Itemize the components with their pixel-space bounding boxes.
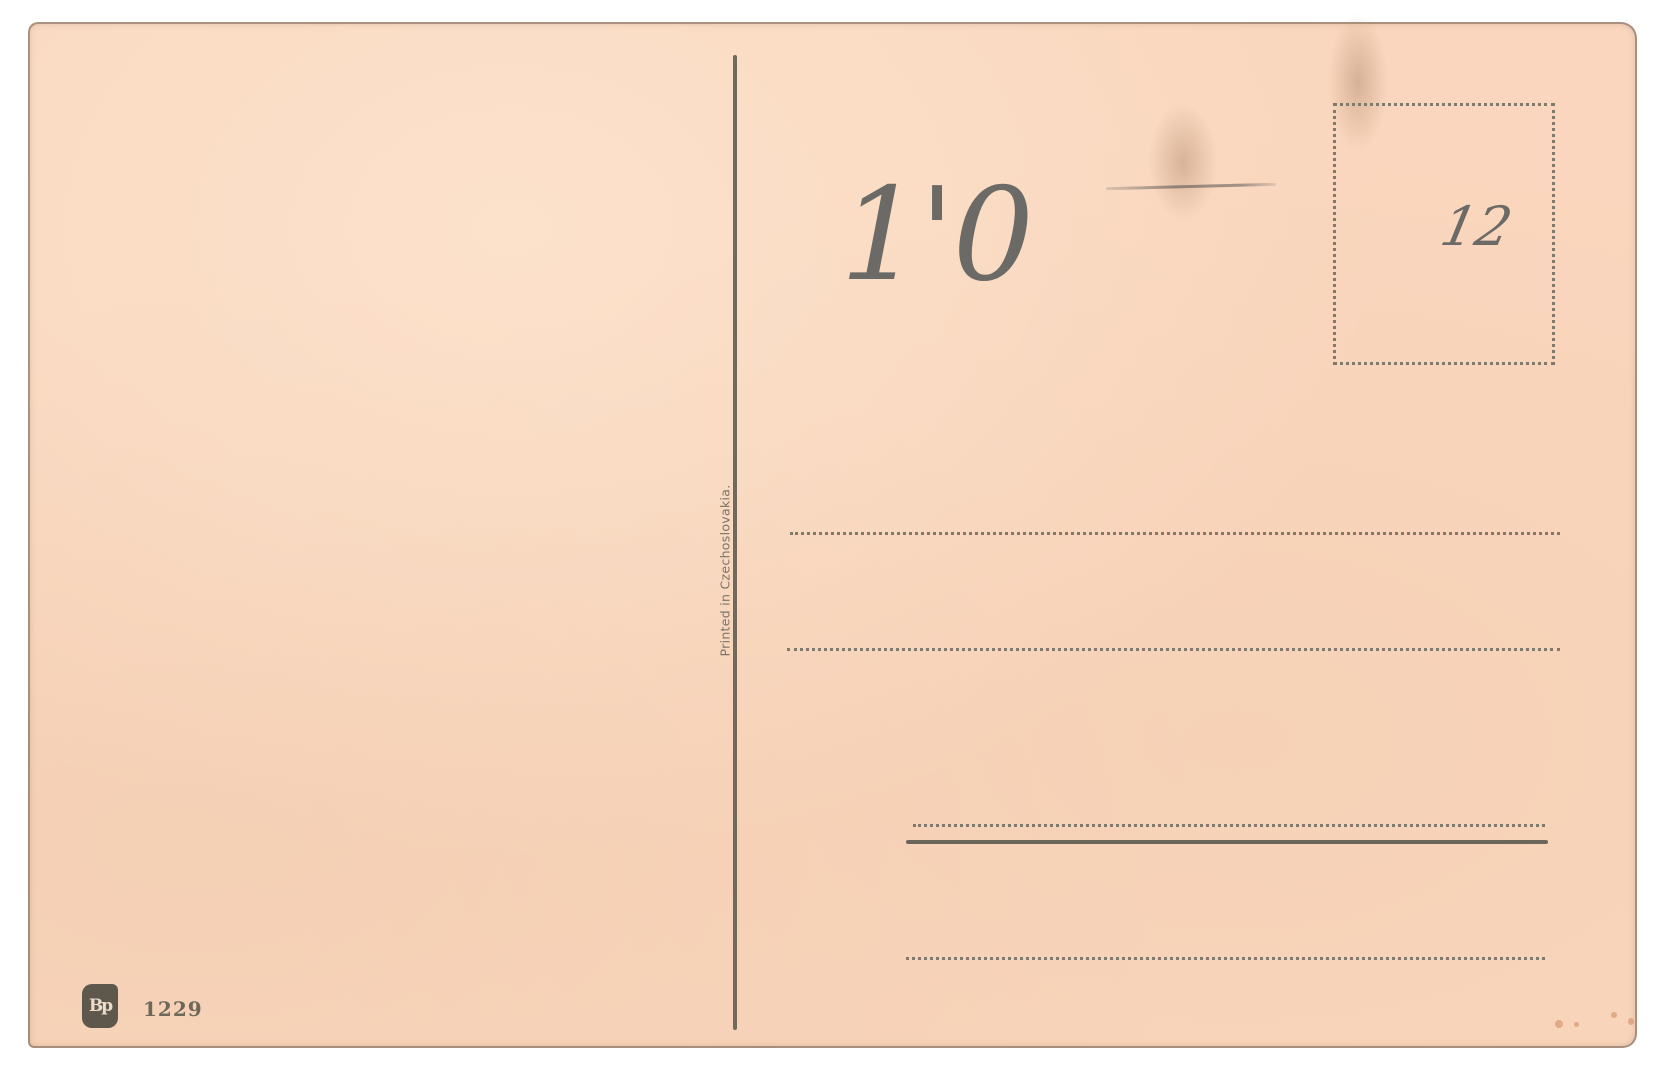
printed-in-text: Printed in Czechoslovakia.: [718, 484, 733, 656]
handwritten-price: 1'0: [840, 172, 1032, 300]
foxing-stain: [1628, 1018, 1634, 1025]
foxing-stain: [1611, 1012, 1617, 1018]
postcard-back: Printed in Czechoslovakia. 1'0 12 Bp 122…: [28, 22, 1637, 1048]
handwritten-stamp-note: 12: [1436, 200, 1516, 254]
address-line-3-underline: [906, 840, 1548, 844]
publisher-logo: Bp: [82, 984, 118, 1028]
address-line-1: [790, 532, 1560, 535]
address-line-3-dotted: [913, 824, 1545, 827]
series-number: 1229: [143, 997, 203, 1021]
foxing-stain: [1555, 1020, 1563, 1028]
printed-in-label: Printed in Czechoslovakia.: [715, 440, 735, 700]
address-line-2: [787, 648, 1560, 651]
stain-top-center: [1148, 102, 1218, 222]
address-line-4: [906, 957, 1545, 960]
foxing-stain: [1574, 1022, 1579, 1027]
